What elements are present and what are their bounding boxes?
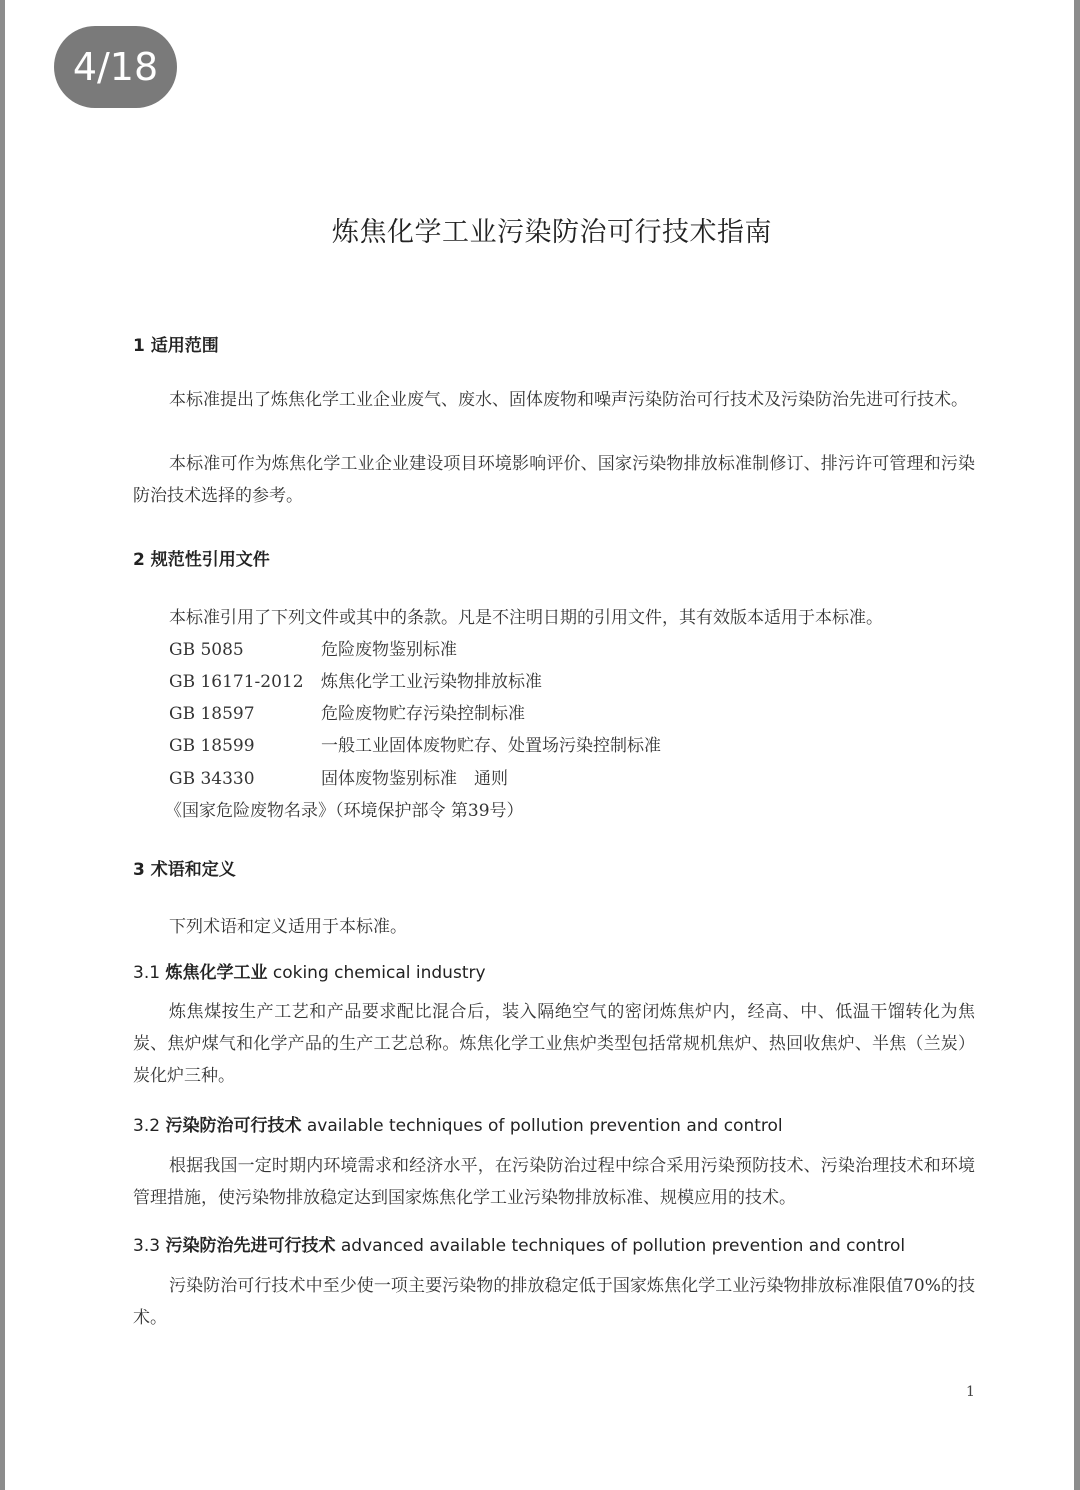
term-en: available techniques of pollution preven… xyxy=(307,1116,783,1136)
reference-title: 一般工业固体废物贮存、处置场污染控制标准 xyxy=(321,736,661,756)
term-number: 3.2 xyxy=(133,1116,160,1136)
terms-intro: 下列术语和定义适用于本标准。 xyxy=(169,912,407,937)
term-heading-3-2: 3.2 污染防治可行技术 available techniques of pol… xyxy=(133,1111,783,1136)
reference-hazardous-waste-list: 《国家危险废物名录》（环境保护部令 第39号） xyxy=(165,796,524,821)
reference-title: 危险废物鉴别标准 xyxy=(321,640,457,660)
reference-title: 固体废物鉴别标准 通则 xyxy=(321,769,508,789)
term-en: advanced available techniques of polluti… xyxy=(341,1236,905,1256)
reference-row: GB 16171-2012炼焦化学工业污染物排放标准 xyxy=(169,667,542,692)
section-heading-terms-definitions: 3 术语和定义 xyxy=(133,855,236,880)
term-definition-3-1: 炼焦煤按生产工艺和产品要求配比混合后，装入隔绝空气的密闭炼焦炉内，经高、中、低温… xyxy=(133,996,975,1092)
reference-row: GB 34330固体废物鉴别标准 通则 xyxy=(169,764,508,789)
term-definition-3-2: 根据我国一定时期内环境需求和经济水平，在污染防治过程中综合采用污染预防技术、污染… xyxy=(133,1150,975,1214)
reference-code: GB 16171-2012 xyxy=(169,672,321,692)
page-indicator-badge: 4/18 xyxy=(54,26,177,108)
term-definition-3-3: 污染防治可行技术中至少使一项主要污染物的排放稳定低于国家炼焦化学工业污染物排放标… xyxy=(133,1270,975,1334)
reference-row: GB 18597危险废物贮存污染控制标准 xyxy=(169,699,525,724)
page-number: 1 xyxy=(966,1384,975,1400)
scope-paragraph-1: 本标准提出了炼焦化学工业企业废气、废水、固体废物和噪声污染防治可行技术及污染防治… xyxy=(133,384,975,416)
reference-code: GB 18599 xyxy=(169,736,321,756)
reference-row: GB 5085危险废物鉴别标准 xyxy=(169,635,457,660)
reference-row: GB 18599一般工业固体废物贮存、处置场污染控制标准 xyxy=(169,731,661,756)
reference-title: 危险废物贮存污染控制标准 xyxy=(321,704,525,724)
term-zh: 炼焦化学工业 xyxy=(165,963,267,983)
scope-paragraph-2: 本标准可作为炼焦化学工业企业建设项目环境影响评价、国家污染物排放标准制修订、排污… xyxy=(133,448,975,512)
term-en: coking chemical industry xyxy=(273,963,486,983)
term-heading-3-3: 3.3 污染防治先进可行技术 advanced available techni… xyxy=(133,1231,905,1256)
term-heading-3-1: 3.1 炼焦化学工业 coking chemical industry xyxy=(133,958,486,983)
reference-code: GB 5085 xyxy=(169,640,321,660)
term-zh: 污染防治先进可行技术 xyxy=(165,1236,335,1256)
reference-code: GB 34330 xyxy=(169,769,321,789)
reference-title: 炼焦化学工业污染物排放标准 xyxy=(321,672,542,692)
term-number: 3.1 xyxy=(133,963,160,983)
reference-code: GB 18597 xyxy=(169,704,321,724)
term-zh: 污染防治可行技术 xyxy=(165,1116,301,1136)
section-heading-normative-references: 2 规范性引用文件 xyxy=(133,545,270,570)
references-intro: 本标准引用了下列文件或其中的条款。凡是不注明日期的引用文件，其有效版本适用于本标… xyxy=(169,603,883,628)
section-heading-scope: 1 适用范围 xyxy=(133,331,219,356)
document-title: 炼焦化学工业污染防治可行技术指南 xyxy=(0,210,1080,249)
term-number: 3.3 xyxy=(133,1236,160,1256)
